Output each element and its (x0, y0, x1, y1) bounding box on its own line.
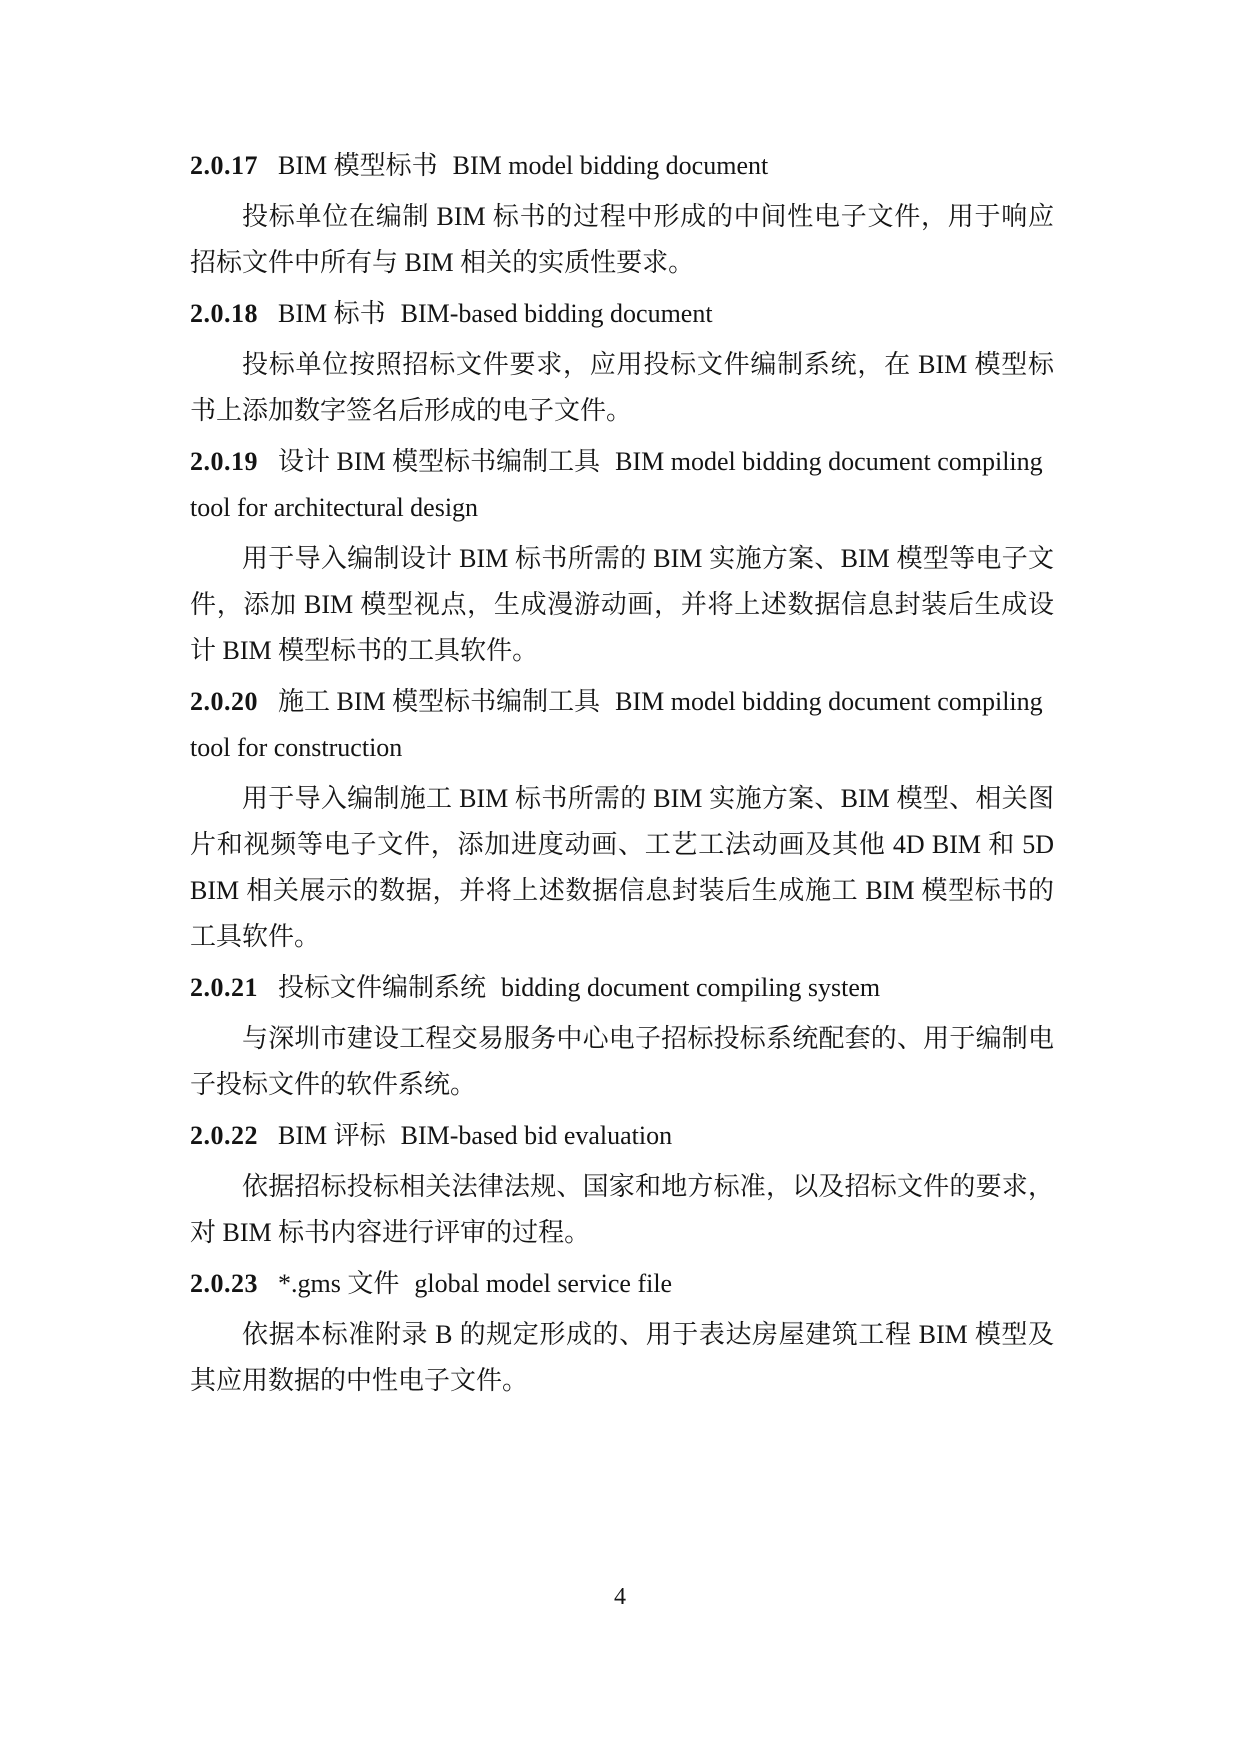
term-definition: 投标单位在编制 BIM 标书的过程中形成的中间性电子文件，用于响应招标文件中所有… (190, 194, 1054, 286)
term-heading: 2.0.21投标文件编制系统bidding document compiling… (190, 965, 1054, 1011)
term-number: 2.0.19 (190, 447, 258, 476)
term-number: 2.0.22 (190, 1121, 258, 1150)
term-section: 2.0.18BIM 标书BIM-based bidding document 投… (190, 291, 1054, 434)
term-section: 2.0.23*.gms 文件global model service file … (190, 1261, 1054, 1404)
term-section: 2.0.20施工 BIM 模型标书编制工具BIM model bidding d… (190, 679, 1054, 960)
term-heading: 2.0.22BIM 评标BIM-based bid evaluation (190, 1113, 1054, 1159)
term-heading: 2.0.17BIM 模型标书BIM model bidding document (190, 143, 1054, 189)
term-en: BIM model bidding document (453, 151, 769, 180)
page-number: 4 (0, 1582, 1240, 1612)
term-zh: BIM 标书 (278, 299, 386, 328)
term-section: 2.0.17BIM 模型标书BIM model bidding document… (190, 143, 1054, 286)
term-number: 2.0.23 (190, 1269, 258, 1298)
term-zh: 设计 BIM 模型标书编制工具 (278, 447, 600, 476)
term-definition: 用于导入编制设计 BIM 标书所需的 BIM 实施方案、BIM 模型等电子文件，… (190, 536, 1054, 674)
term-en: bidding document compiling system (501, 973, 880, 1002)
term-section: 2.0.22BIM 评标BIM-based bid evaluation 依据招… (190, 1113, 1054, 1256)
term-definition: 与深圳市建设工程交易服务中心电子招标投标系统配套的、用于编制电子投标文件的软件系… (190, 1016, 1054, 1108)
term-definition: 依据本标准附录 B 的规定形成的、用于表达房屋建筑工程 BIM 模型及其应用数据… (190, 1312, 1054, 1404)
term-definition: 依据招标投标相关法律法规、国家和地方标准，以及招标文件的要求，对 BIM 标书内… (190, 1164, 1054, 1256)
term-heading: 2.0.23*.gms 文件global model service file (190, 1261, 1054, 1307)
term-en: BIM-based bidding document (401, 299, 713, 328)
term-zh: 投标文件编制系统 (278, 973, 486, 1002)
term-number: 2.0.20 (190, 687, 258, 716)
term-section: 2.0.19设计 BIM 模型标书编制工具BIM model bidding d… (190, 439, 1054, 674)
term-zh: BIM 模型标书 (278, 151, 438, 180)
term-number: 2.0.21 (190, 973, 258, 1002)
document-page: 2.0.17BIM 模型标书BIM model bidding document… (0, 0, 1240, 1754)
term-definition: 投标单位按照招标文件要求，应用投标文件编制系统，在 BIM 模型标书上添加数字签… (190, 342, 1054, 434)
term-en: BIM-based bid evaluation (401, 1121, 673, 1150)
term-section: 2.0.21投标文件编制系统bidding document compiling… (190, 965, 1054, 1108)
term-heading: 2.0.20施工 BIM 模型标书编制工具BIM model bidding d… (190, 679, 1054, 771)
term-zh: 施工 BIM 模型标书编制工具 (278, 687, 600, 716)
term-zh: *.gms 文件 (278, 1269, 399, 1298)
term-definition: 用于导入编制施工 BIM 标书所需的 BIM 实施方案、BIM 模型、相关图片和… (190, 776, 1054, 960)
term-en: global model service file (414, 1269, 672, 1298)
term-zh: BIM 评标 (278, 1121, 386, 1150)
term-number: 2.0.17 (190, 151, 258, 180)
term-heading: 2.0.18BIM 标书BIM-based bidding document (190, 291, 1054, 337)
term-heading: 2.0.19设计 BIM 模型标书编制工具BIM model bidding d… (190, 439, 1054, 531)
term-number: 2.0.18 (190, 299, 258, 328)
